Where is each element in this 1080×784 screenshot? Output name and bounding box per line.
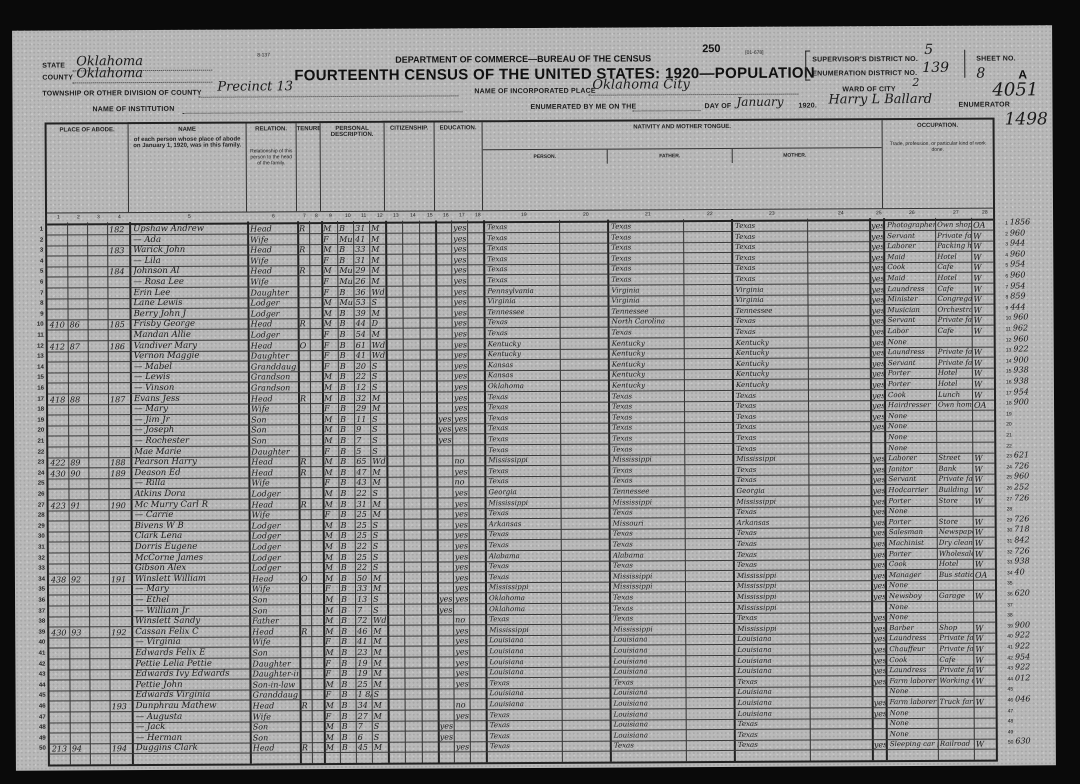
mother-birthplace-cell: Mississippi [737, 581, 809, 592]
line-number: 1 [31, 227, 43, 233]
dwelling-number-cell: 88 [70, 394, 88, 405]
occupation-industry-cell: Garage [939, 591, 973, 602]
margin-line-number: 32 [1007, 549, 1013, 555]
margin-line-number: 42 [1007, 655, 1013, 661]
speaks-english-cell [872, 432, 884, 443]
column-number: 26 [909, 210, 915, 216]
margin-line-number: 34 [1007, 570, 1013, 576]
occupation-industry-cell: Private family [938, 315, 972, 326]
column-number: 22 [707, 211, 713, 217]
age-cell: 36 [355, 286, 369, 297]
margin-code-value: 859 [1010, 292, 1025, 301]
occupation-trade-cell: Machinist [889, 538, 937, 549]
margin-line-number: 5 [1005, 263, 1008, 269]
margin-code: 14900 [1006, 355, 1029, 364]
family-number-cell [111, 659, 131, 670]
relation-cell: Head [252, 626, 298, 637]
supervisor-district-value: 5 [924, 42, 933, 58]
sex-cell: M [324, 393, 338, 404]
tenure-cell [300, 435, 310, 446]
age-cell: 5 [356, 445, 370, 456]
can-read-cell: yes [454, 413, 468, 424]
dwelling-number-cell [70, 362, 88, 373]
margin-code: 42954 [1007, 652, 1030, 661]
speaks-english-cell: yes [873, 549, 885, 560]
column-number: 8 [315, 213, 318, 219]
occupation-industry-cell: Bus station [939, 570, 973, 581]
sex-cell: F [325, 583, 339, 594]
employment-class-cell [975, 580, 993, 591]
street-number-cell [50, 436, 68, 447]
employment-class-cell: W [973, 294, 991, 305]
occupation-trade-cell: None [889, 612, 937, 623]
attended-school-cell [438, 381, 452, 392]
census-table: PLACE OF ABODE. NAMEof each person whose… [45, 118, 998, 767]
father-birthplace-cell: Kentucky [612, 370, 684, 381]
tenure-cell [300, 446, 310, 457]
street-number-cell: 438 [51, 574, 69, 585]
street-number-cell [51, 553, 69, 564]
dwelling-number-cell [69, 288, 87, 299]
occupation-trade-cell: Maid [887, 252, 935, 263]
occupation-trade-cell: None [888, 421, 936, 432]
race-cell: B [340, 403, 354, 414]
dwelling-number-cell [72, 691, 90, 702]
street-number-cell [49, 246, 67, 257]
sex-cell: M [323, 223, 337, 234]
street-number-cell [51, 680, 69, 691]
mother-birthplace-cell: Louisiana [737, 634, 809, 645]
occupation-trade-cell: Farm laborer [890, 697, 938, 708]
speaks-english-cell [872, 443, 884, 454]
occupation-industry-cell: Truck farm [940, 697, 974, 708]
margin-line-number: 45 [1008, 687, 1014, 693]
father-birthplace-cell: Texas [612, 401, 684, 412]
line-number: 10 [32, 322, 44, 328]
margin-line-number: 37 [1007, 602, 1013, 608]
margin-code: 15938 [1006, 366, 1029, 375]
street-number-cell [50, 405, 68, 416]
tenure-cell [301, 509, 311, 520]
speaks-english-cell: yes [873, 644, 885, 655]
birthplace-cell: Louisiana [489, 667, 561, 678]
tenure-cell [300, 488, 310, 499]
speaks-english-cell: yes [872, 411, 884, 422]
margin-line-number: 50 [1008, 740, 1014, 746]
margin-line-number: 21 [1006, 432, 1012, 438]
race-cell: B [339, 244, 353, 255]
relation-cell: Wife [253, 711, 299, 722]
race-cell: B [340, 361, 354, 372]
marital-status-cell: M [371, 255, 385, 266]
marital-status-cell: S [372, 445, 386, 456]
relation-cell: Granddaughter [253, 690, 299, 701]
sex-cell: M [324, 414, 338, 425]
speaks-english-cell: yes [873, 559, 885, 570]
occupation-industry-cell [938, 442, 972, 453]
occupation-industry-cell: Dry cleaning [939, 538, 973, 549]
occupation-trade-cell: Porter [889, 548, 937, 559]
department-heading: DEPARTMENT OF COMMERCE—BUREAU OF THE CEN… [395, 53, 651, 64]
occupation-trade-cell: Chauffeur [889, 644, 937, 655]
occupation-industry-cell: Working out [939, 675, 973, 686]
right-margin-codes: 1185629603944496059546960795488599444109… [12, 25, 1052, 30]
column-number: 21 [645, 211, 651, 217]
employment-class-cell: W [974, 304, 992, 315]
street-number-cell [50, 447, 68, 458]
sex-cell: F [324, 350, 338, 361]
street-number-cell [52, 733, 70, 744]
marital-status-cell: M [373, 626, 387, 637]
margin-line-number: 22 [1006, 443, 1012, 449]
dwelling-number-cell [69, 246, 87, 257]
race-cell: Mu [339, 265, 353, 276]
sex-cell: M [325, 647, 339, 658]
can-read-cell: yes [455, 625, 469, 636]
speaks-english-cell: yes [872, 358, 884, 369]
occupation-industry-cell [940, 728, 974, 739]
margin-line-number: 23 [1006, 454, 1012, 460]
occupation-industry-cell [938, 336, 972, 347]
margin-line-number: 2 [1005, 231, 1008, 237]
margin-code: 49 [1008, 726, 1016, 735]
age-cell: 11 [356, 414, 370, 425]
attended-school-cell: yes [438, 434, 452, 445]
relation-cell: Head [250, 223, 296, 234]
line-number: 45 [34, 693, 46, 699]
sex-cell: F [324, 340, 338, 351]
margin-code: 38 [1007, 610, 1015, 619]
tenure-cell [300, 372, 310, 383]
attended-school-cell [438, 466, 452, 477]
speaks-english-cell [873, 602, 885, 613]
dwelling-number-cell [70, 426, 88, 437]
line-number: 30 [33, 534, 45, 540]
speaks-english-cell: yes [871, 220, 883, 231]
margin-line-number: 27 [1007, 496, 1013, 502]
can-read-cell: yes [453, 222, 467, 233]
speaks-english-cell: yes [873, 538, 885, 549]
relation-cell: Head [251, 467, 297, 478]
relation-cell: Head [250, 266, 296, 277]
speaks-english-cell: yes [872, 400, 884, 411]
relation-cell: Lodger [251, 488, 297, 499]
occupation-trade-cell: Laundress [888, 347, 936, 358]
margin-line-number: 40 [1007, 634, 1013, 640]
family-number-cell: 183 [109, 245, 129, 256]
relation-cell: Head [251, 319, 297, 330]
margin-code-value: 954 [1014, 387, 1029, 396]
dwelling-number-cell [71, 542, 89, 553]
margin-code: 5954 [1005, 260, 1025, 269]
can-read-cell: yes [454, 318, 468, 329]
age-cell: 19 [357, 668, 371, 679]
margin-code-value: 922 [1015, 663, 1030, 672]
attended-school-cell [438, 392, 452, 403]
family-number-cell [109, 298, 129, 309]
dwelling-number-cell [71, 670, 89, 681]
marital-status-cell: D [372, 318, 386, 329]
attended-school-cell: yes [439, 604, 453, 615]
line-number: 14 [32, 364, 44, 370]
margin-code-value: 922 [1013, 345, 1028, 354]
family-number-cell [111, 680, 131, 691]
relation-cell: Wife [252, 509, 298, 520]
margin-code: 47 [1008, 705, 1016, 714]
margin-code: 29726 [1007, 514, 1030, 523]
speaks-english-cell: yes [873, 676, 885, 687]
can-read-cell: no [454, 477, 468, 488]
margin-code: 27726 [1007, 493, 1030, 502]
line-number: 8 [31, 301, 43, 307]
race-cell: B [342, 700, 356, 711]
speaks-english-cell: yes [872, 422, 884, 433]
race-cell: B [340, 393, 354, 404]
street-number-cell [49, 235, 67, 246]
family-number-cell [111, 510, 131, 521]
dwelling-number-cell [70, 447, 88, 458]
race-cell: B [340, 382, 354, 393]
race-cell: B [340, 414, 354, 425]
can-read-cell: yes [453, 275, 467, 286]
speaks-english-cell: yes [872, 305, 884, 316]
street-number-cell: 412 [50, 341, 68, 352]
occupation-industry-cell: Own home [938, 400, 972, 411]
occupation-trade-cell: Hairdresser [888, 400, 936, 411]
dwelling-number-cell: 92 [71, 574, 89, 585]
employment-class-cell: W [973, 262, 991, 273]
marital-status-cell: S [373, 594, 387, 605]
speaks-english-cell: yes [872, 379, 884, 390]
tenure-cell [299, 234, 309, 245]
dwelling-number-cell [69, 267, 87, 278]
attended-school-cell [439, 636, 453, 647]
margin-line-number: 49 [1008, 729, 1014, 735]
speaks-english-cell: yes [873, 570, 885, 581]
occupation-trade-cell: Laundress [889, 665, 937, 676]
margin-code: 6960 [1005, 270, 1025, 279]
family-number-cell [111, 532, 131, 543]
occupation-trade-cell: None [889, 601, 937, 612]
birthplace-cell: Louisiana [489, 635, 561, 646]
dwelling-number-cell [72, 701, 90, 712]
father-birthplace-cell: Texas [611, 242, 683, 253]
race-cell: B [341, 615, 355, 626]
relation-cell: Lodger [251, 308, 297, 319]
occupation-industry-cell: Congregational [937, 294, 971, 305]
employment-class-cell [976, 686, 994, 697]
occupation-industry-cell: Private family [939, 644, 973, 655]
line-number: 44 [33, 682, 45, 688]
line-number: 38 [33, 619, 45, 625]
speaks-english-cell: yes [873, 612, 885, 623]
occupation-industry-cell: Private family [937, 230, 971, 241]
family-number-cell [111, 585, 131, 596]
relation-cell: Father [252, 615, 298, 626]
can-read-cell [455, 604, 469, 615]
attended-school-cell [438, 328, 452, 339]
family-number-cell [109, 256, 129, 267]
family-number-cell: 190 [111, 500, 131, 511]
speaks-english-cell: yes [873, 517, 885, 528]
age-cell: 53 [355, 297, 369, 308]
family-number-cell [109, 235, 129, 246]
marital-status-cell: M [373, 636, 387, 647]
speaks-english-cell: yes [873, 655, 885, 666]
relation-cell: Granddaughter [251, 361, 297, 372]
column-number: 6 [272, 213, 275, 219]
occupation-industry-cell: Newspaper [939, 527, 973, 538]
age-cell: 19 [357, 657, 371, 668]
margin-line-number: 31 [1007, 538, 1013, 544]
margin-code: 19 [1006, 408, 1014, 417]
street-number-cell [51, 648, 69, 659]
margin-code-value: 960 [1013, 313, 1028, 322]
employment-class-cell: W [973, 241, 991, 252]
sex-cell: F [326, 689, 340, 700]
can-read-cell: yes [454, 371, 468, 382]
sex-cell: M [326, 721, 340, 732]
can-read-cell: yes [455, 530, 469, 541]
father-birthplace-cell: Texas [614, 741, 686, 752]
relation-cell: Wife [252, 637, 298, 648]
occupation-trade-cell: Laundress [889, 633, 937, 644]
occupation-industry-cell [939, 580, 973, 591]
age-cell: 9 [356, 424, 370, 435]
occupation-trade-cell: Newsboy [889, 591, 937, 602]
street-number-cell [51, 564, 69, 575]
relation-cell: Daughter [251, 350, 297, 361]
tenure-cell [300, 478, 310, 489]
employment-class-cell: W [974, 485, 992, 496]
street-number-cell: 430 [50, 468, 68, 479]
age-cell: 41 [355, 233, 369, 244]
family-number-cell [111, 616, 131, 627]
margin-code: 35 [1007, 578, 1015, 587]
street-number-cell: 213 [52, 744, 70, 755]
attended-school-cell [438, 350, 452, 361]
age-cell: 32 [356, 392, 370, 403]
line-number: 17 [32, 396, 44, 402]
line-number: 25 [32, 481, 44, 487]
race-cell: Mu [339, 276, 353, 287]
race-cell: B [339, 255, 353, 266]
margin-code: 20 [1006, 419, 1014, 428]
margin-line-number: 12 [1006, 337, 1012, 343]
attended-school-cell [440, 742, 454, 753]
race-cell: B [340, 329, 354, 340]
relation-cell: Son [253, 721, 299, 732]
occupation-trade-cell: Farm laborer [889, 676, 937, 687]
attended-school-cell [439, 540, 453, 551]
family-number-cell [110, 436, 130, 447]
mother-birthplace-cell: Texas [737, 528, 809, 539]
occupation-trade-cell: None [890, 718, 938, 729]
street-number-cell [50, 330, 68, 341]
margin-line-number: 43 [1007, 666, 1013, 672]
speaks-english-cell: yes [873, 591, 885, 602]
year-label: 1920. [798, 103, 817, 110]
age-cell: 27 [358, 710, 372, 721]
street-number-cell [52, 691, 70, 702]
age-cell: 7 [358, 721, 372, 732]
district-bracket [805, 51, 810, 81]
speaks-english-cell: yes [871, 284, 883, 295]
attended-school-cell [437, 286, 451, 297]
can-read-cell: yes [454, 360, 468, 371]
race-cell: B [342, 689, 356, 700]
employment-class-cell: W [975, 591, 993, 602]
line-number: 31 [33, 545, 45, 551]
dwelling-number-cell [71, 521, 89, 532]
column-number: 15 [427, 213, 433, 219]
father-birthplace-cell: Virginia [611, 295, 683, 306]
street-number-cell [50, 489, 68, 500]
tenure-cell: O [301, 573, 311, 584]
can-read-cell: no [455, 615, 469, 626]
sex-cell: M [325, 679, 339, 690]
abode-header: PLACE OF ABODE. [47, 124, 129, 212]
margin-code: 9444 [1006, 302, 1026, 311]
tenure-cell: R [302, 700, 312, 711]
employment-class-cell: W [975, 559, 993, 570]
occupation-trade-cell: Servant [887, 230, 935, 241]
age-cell: 33 [355, 244, 369, 255]
can-read-cell: yes [455, 593, 469, 604]
dwelling-number-cell: 89 [70, 458, 88, 469]
speaks-english-cell: yes [874, 708, 886, 719]
dwelling-number-cell: 90 [70, 468, 88, 479]
margin-code-value: 444 [1010, 302, 1025, 311]
page-number: 250 [702, 43, 720, 55]
institution-underline [183, 111, 463, 113]
marital-status-cell: M [373, 573, 387, 584]
age-cell: 1 8/12 [358, 689, 372, 700]
margin-line-number: 13 [1006, 348, 1012, 354]
sex-cell: M [323, 297, 337, 308]
attended-school-cell [439, 657, 453, 668]
street-number-cell [51, 595, 69, 606]
race-cell: Mu [339, 234, 353, 245]
age-cell: 29 [355, 265, 369, 276]
family-number-cell [110, 309, 130, 320]
age-cell: 54 [356, 329, 370, 340]
family-number-cell [111, 638, 131, 649]
race-cell: B [340, 477, 354, 488]
marital-status-cell: M [372, 467, 386, 478]
employment-class-cell: W [973, 273, 991, 284]
employment-class-cell: W [973, 251, 991, 262]
dwelling-number-cell: 93 [71, 627, 89, 638]
sex-cell: F [324, 361, 338, 372]
margin-code: 36620 [1007, 588, 1030, 597]
race-cell: B [342, 711, 356, 722]
speaks-english-cell: yes [872, 475, 884, 486]
can-read-cell: yes [455, 678, 469, 689]
occupation-industry-cell [940, 707, 974, 718]
relation-cell: Lodger [252, 531, 298, 542]
line-number: 48 [34, 725, 46, 731]
attended-school-cell [440, 689, 454, 700]
relation-cell: Head [251, 340, 297, 351]
occupation-trade-cell: Servant [888, 358, 936, 369]
tenure-cell [302, 732, 312, 743]
family-number-cell: 193 [112, 701, 132, 712]
marital-status-cell: M [371, 265, 385, 276]
line-number: 32 [33, 555, 45, 561]
race-cell: B [340, 424, 354, 435]
race-cell: B [341, 573, 355, 584]
